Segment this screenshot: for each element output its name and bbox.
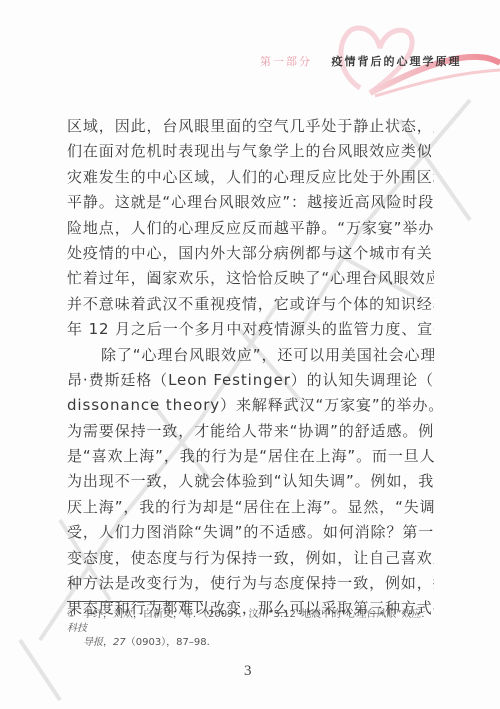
part-label: 第一部分: [260, 55, 312, 68]
text-line: 厌上海”，我的行为却是“居住在上海”。显然，“失调”让人浑身难: [67, 495, 434, 520]
text-line: 平静。这就是“心理台风眼效应”：越接近高风险时段，越接近高风: [67, 190, 434, 215]
text-line: 种方法是改变行为，使行为与态度保持一致，例如，搬离上海。如: [67, 571, 434, 596]
footnote-journal-cont: 导报: [83, 637, 103, 648]
text-line: 变态度，使态度与行为保持一致，例如，让自己喜欢上上海。第二: [67, 546, 434, 571]
text-line: 灾难发生的中心区域，人们的心理反应比处于外围区域者的反应更: [67, 165, 434, 190]
text-line: 忙着过年，阖家欢乐，这恰恰反映了“心理台风眼效应”。①当然，这: [67, 266, 434, 291]
text-line: 为需要保持一致，才能给人带来“协调”的舒适感。例如，我的态度: [67, 419, 434, 444]
footnote: ①李纾，刘欢，白新文，等．（2009）．汶川“5.12”地震中的“心理台风眼”效…: [67, 608, 437, 650]
paragraph-2: 除了“心理台风眼效应”，还可以用美国社会心理学家利 昂·费斯廷格（Leon Fe…: [67, 343, 434, 622]
text-line: 为出现不一致，人就会体验到“认知失调”。例如，我的态度是“讨: [67, 469, 434, 494]
running-header: 第一部分 疫情背后的心理学原理: [260, 53, 462, 69]
paragraph-1: 区域，因此，台风眼里面的空气几乎处于静止状态，风力微弱。人 们在面对危机时表现出…: [67, 114, 434, 343]
text-line: 昂·费斯廷格（Leon Festinger）的认知失调理论（cognitive: [67, 368, 434, 393]
footnote-journal: 科技: [67, 623, 87, 634]
body-text: 区域，因此，台风眼里面的空气几乎处于静止状态，风力微弱。人 们在面对危机时表现出…: [67, 114, 434, 622]
text-line: dissonance theory）来解释武汉“万家宴”的举办。人的态度和行: [67, 393, 434, 418]
text-line: 险地点，人们的心理反应反而越平静。“万家宴”举办之时，武汉身: [67, 216, 434, 241]
footnote-text: 李纾，刘欢，白新文，等．（2009）．汶川“5.12”地震中的“心理台风眼”效应…: [83, 609, 431, 620]
footnote-marker: ①: [67, 608, 83, 622]
footnote-volume: 27: [113, 637, 126, 648]
document-page: 第一部分 疫情背后的心理学原理 区域，因此，台风眼里面的空气几乎处于静止状态，风…: [0, 0, 500, 709]
text-line: 受，人们力图消除“失调”的不适感。如何消除？第一种方法是改: [67, 520, 434, 545]
chapter-title: 疫情背后的心理学原理: [332, 55, 462, 68]
text-line: 区域，因此，台风眼里面的空气几乎处于静止状态，风力微弱。人: [67, 114, 434, 139]
text-line: 处疫情的中心，国内外大部分病例都与这个城市有关，而当时武汉: [67, 241, 434, 266]
text-line: 并不意味着武汉不重视疫情，它或许与个体的知识经验以及 2019: [67, 292, 434, 317]
footnote-continuation: 导报，27（0903），87–98.: [67, 636, 437, 650]
text-fragment: 忙着过年，阖家欢乐，这恰恰反映了“心理台风眼效应”。: [67, 269, 434, 287]
text-line: 除了“心理台风眼效应”，还可以用美国社会心理学家利: [67, 343, 434, 368]
text-line: 们在面对危机时表现出与气象学上的台风眼效应类似的现象——在: [67, 139, 434, 164]
footnote-divider: [67, 601, 203, 602]
page-number: 3: [244, 663, 252, 680]
text-line: 是“喜欢上海”，我的行为是“居住在上海”。而一旦人的态度与行: [67, 444, 434, 469]
footnote-issue-pages: （0903），87–98.: [126, 637, 210, 648]
text-line: 年 12 月之后一个多月中对疫情源头的监管力度、宣传力度有关。: [67, 317, 434, 342]
